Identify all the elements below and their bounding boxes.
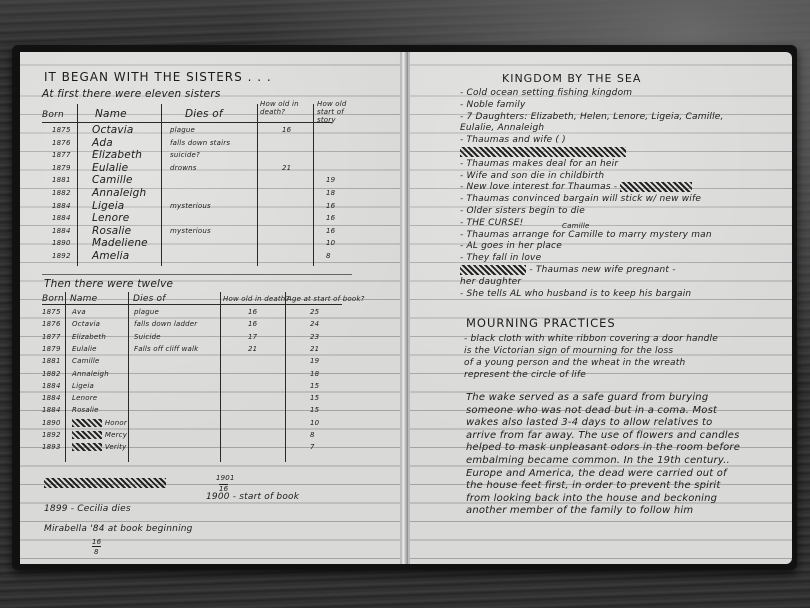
table1-age-start-cell: 10 <box>326 239 335 247</box>
table1-born-cell: 1882 <box>52 189 71 197</box>
table2-name-cell: Annaleigh <box>72 370 109 378</box>
table2-col-divider <box>128 292 129 462</box>
plot-note: - 7 Daughters: Elizabeth, Helen, Lenore,… <box>460 112 724 122</box>
table2-header-born: Born <box>42 294 64 304</box>
table2-born-cell: 1884 <box>42 382 61 390</box>
plot-note: - New love interest for Thaumas - xxxxxx… <box>460 182 692 192</box>
plot-note: - AL goes in her place <box>460 241 562 251</box>
table1-age-start-cell: 16 <box>326 214 335 222</box>
table1-name-cell: Rosalie <box>92 225 131 237</box>
table1-dies-of-cell: mysterious <box>170 202 211 210</box>
table2-born-cell: 1884 <box>42 406 61 414</box>
wake-line: Europe and America, the dead were carrie… <box>466 468 727 479</box>
table2-born-cell: 1879 <box>42 345 61 353</box>
cecilia-dies-note: 1899 - Cecilia dies <box>44 504 131 514</box>
table1-age-death-cell: 21 <box>282 164 291 172</box>
table1-col-divider <box>161 104 162 266</box>
crossed-out-note: xxxxxxxxxxxxxxxxxxxxxx <box>44 478 166 488</box>
table1-col-divider <box>257 104 258 266</box>
table1-age-start-cell: 16 <box>326 227 335 235</box>
left-page-subheading: At first there were eleven sisters <box>42 88 221 100</box>
table2-header-dies-of: Dies of <box>133 294 166 304</box>
table1-header-rule <box>42 122 332 123</box>
table2-header-name: Name <box>70 294 97 304</box>
table2-header-age-start: Age at start of book? <box>287 295 365 303</box>
plot-note: her daughter <box>460 277 521 287</box>
table2-age-start-cell: 15 <box>310 382 319 390</box>
table2-name-cell: xxxxxxx Verity <box>72 443 126 451</box>
table1-name-cell: Elizabeth <box>92 149 142 161</box>
table2-dies-of-cell: falls down ladder <box>134 320 197 328</box>
table2-age-start-cell: 8 <box>310 431 315 439</box>
table2-age-death-cell: 16 <box>248 308 257 316</box>
table2-born-cell: 1893 <box>42 443 61 451</box>
table1-name-cell: Octavia <box>92 124 134 136</box>
book-beginning-note: Mirabella '84 at book beginning <box>44 524 193 534</box>
table2-dies-of-cell: Suicide <box>134 333 161 341</box>
table1-born-cell: 1877 <box>52 151 71 159</box>
table2-header-rule <box>42 304 342 305</box>
plot-note: - They fall in love <box>460 253 541 263</box>
table2-age-start-cell: 15 <box>310 394 319 402</box>
table1-header-age-death: How old in death? <box>260 100 310 116</box>
table2-name-cell: Camille <box>72 357 100 365</box>
table1-age-start-cell: 19 <box>326 176 335 184</box>
table1-born-cell: 1890 <box>52 239 71 247</box>
table2-dies-of-cell: plague <box>134 308 159 316</box>
table2-born-cell: 1881 <box>42 357 61 365</box>
mourning-line: - black cloth with white ribbon covering… <box>464 334 718 344</box>
beginning-fraction-bottom: 8 <box>94 548 99 556</box>
table2-born-cell: 1882 <box>42 370 61 378</box>
start-of-book-note: 1900 - start of book <box>206 492 299 502</box>
wake-line: wakes also lasted 3-4 days to allow rela… <box>466 417 712 428</box>
wake-line: The wake served as a safe guard from bur… <box>466 392 708 403</box>
table1-born-cell: 1884 <box>52 227 71 235</box>
table2-age-start-cell: 18 <box>310 370 319 378</box>
table2-age-start-cell: 7 <box>310 443 315 451</box>
table2-born-cell: 1875 <box>42 308 61 316</box>
table2-born-cell: 1892 <box>42 431 61 439</box>
table2-name-cell: Lenore <box>72 394 97 402</box>
table1-col-divider <box>313 104 314 266</box>
section2-heading: Then there were twelve <box>44 278 173 290</box>
table1-born-cell: 1892 <box>52 252 71 260</box>
table2-age-death-cell: 21 <box>248 345 257 353</box>
table2-born-cell: 1884 <box>42 394 61 402</box>
table1-name-cell: Lenore <box>92 212 129 224</box>
plot-note: Eulalie, Annaleigh <box>460 123 544 133</box>
mourning-line: is the Victorian sign of mourning for th… <box>464 346 673 356</box>
table2-age-death-cell: 17 <box>248 333 257 341</box>
beginning-fraction-top: 16 <box>92 538 101 547</box>
table1-age-death-cell: 16 <box>282 126 291 134</box>
table2-col-divider <box>285 292 286 462</box>
table-surface <box>0 0 810 50</box>
table1-age-start-cell: 18 <box>326 189 335 197</box>
table2-name-cell: Octavia <box>72 320 100 328</box>
table2-born-cell: 1877 <box>42 333 61 341</box>
plot-note: xxxxxxxxxxxx - Thaumas new wife pregnant… <box>460 265 676 275</box>
plot-note: - THE CURSE! <box>460 218 523 228</box>
table1-born-cell: 1875 <box>52 126 71 134</box>
table2-name-cell: Ava <box>72 308 86 316</box>
table1-name-cell: Ligeia <box>92 200 124 212</box>
table2-dies-of-cell: Falls off cliff walk <box>134 345 198 353</box>
mourning-line: represent the circle of life <box>464 370 586 380</box>
plot-note: - She tells AL who husband is to keep hi… <box>460 289 691 299</box>
plot-note: - Thaumas arrange for Camille to marry m… <box>460 230 712 240</box>
table1-dies-of-cell: falls down stairs <box>170 139 230 147</box>
table1-name-cell: Camille <box>92 174 133 186</box>
table1-header-born: Born <box>42 110 64 120</box>
table2-name-cell: Elizabeth <box>72 333 106 341</box>
table1-dies-of-cell: plague <box>170 126 195 134</box>
table2-age-start-cell: 19 <box>310 357 319 365</box>
table1-name-cell: Madeliene <box>92 237 148 249</box>
right-page-heading: KINGDOM BY THE SEA <box>502 72 641 85</box>
wake-line: the house feet first, in order to preven… <box>466 480 721 491</box>
table2-age-start-cell: 23 <box>310 333 319 341</box>
plot-note: - Noble family <box>460 100 526 110</box>
mourning-line: of a young person and the wheat in the w… <box>464 358 685 368</box>
table2-name-cell: Ligeia <box>72 382 94 390</box>
table2-age-start-cell: 21 <box>310 345 319 353</box>
table1-name-cell: Ada <box>92 137 113 149</box>
wake-line: embalming became common. In the 19th cen… <box>466 455 730 466</box>
table1-born-cell: 1884 <box>52 202 71 210</box>
wake-line: helped to mask unpleasant odors in the r… <box>466 442 740 453</box>
table2-age-start-cell: 25 <box>310 308 319 316</box>
table1-col-divider <box>77 104 78 266</box>
plot-note-crossed: xxxxxxxxxxxxxxxxxxxxxxxxxxxxxx <box>460 147 626 157</box>
wake-line: arrive from far away. The use of flowers… <box>466 430 740 441</box>
inserted-word: Camille <box>562 222 590 230</box>
table2-age-start-cell: 15 <box>310 406 319 414</box>
table1-born-cell: 1876 <box>52 139 71 147</box>
wake-line: from looking back into the house and bec… <box>466 493 717 504</box>
table1-born-cell: 1881 <box>52 176 71 184</box>
table2-born-cell: 1890 <box>42 419 61 427</box>
table1-born-cell: 1879 <box>52 164 71 172</box>
plot-note: - Thaumas makes deal for an heir <box>460 159 618 169</box>
table2-age-death-cell: 16 <box>248 320 257 328</box>
date-fraction-top: 1901 <box>216 474 235 482</box>
plot-note: - Cold ocean setting fishing kingdom <box>460 88 632 98</box>
plot-note: - Thaumas convinced bargain will stick w… <box>460 194 701 204</box>
table1-age-start-cell: 16 <box>326 202 335 210</box>
table1-name-cell: Amelia <box>92 250 129 262</box>
table2-age-start-cell: 24 <box>310 320 319 328</box>
wake-line: someone who was not dead but in a coma. … <box>466 405 717 416</box>
table1-header-age-start: How old start of story <box>317 100 359 124</box>
table1-name-cell: Eulalie <box>92 162 128 174</box>
table1-header-dies-of: Dies of <box>185 108 223 120</box>
table2-name-cell: Eulalie <box>72 345 97 353</box>
table2-born-cell: 1876 <box>42 320 61 328</box>
plot-note: - Older sisters begin to die <box>460 206 585 216</box>
table2-col-divider <box>65 292 66 462</box>
table1-dies-of-cell: mysterious <box>170 227 211 235</box>
left-page-heading: IT BEGAN WITH THE SISTERS . . . <box>44 70 272 84</box>
table2-age-start-cell: 10 <box>310 419 319 427</box>
section-divider <box>42 274 352 275</box>
left-page: IT BEGAN WITH THE SISTERS . . . At first… <box>20 52 402 564</box>
table2-name-cell: xxxxxxx Mercy <box>72 431 127 439</box>
table2-name-cell: Rosalie <box>72 406 99 414</box>
table1-age-start-cell: 8 <box>326 252 331 260</box>
table1-dies-of-cell: drowns <box>170 164 197 172</box>
table2-name-cell: xxxxxxx Honor <box>72 419 127 427</box>
wake-line: another member of the family to follow h… <box>466 505 693 516</box>
table2-col-divider <box>220 292 221 462</box>
table1-name-cell: Annaleigh <box>92 187 146 199</box>
right-page: KINGDOM BY THE SEA - Cold ocean setting … <box>408 52 792 564</box>
table1-header-name: Name <box>95 108 127 120</box>
plot-note: - Thaumas and wife ( ) <box>460 135 566 145</box>
mourning-heading: MOURNING PRACTICES <box>466 316 616 330</box>
plot-note: - Wife and son die in childbirth <box>460 171 604 181</box>
table1-born-cell: 1884 <box>52 214 71 222</box>
table1-dies-of-cell: suicide? <box>170 151 200 159</box>
table2-header-age-death: How old in death? <box>223 295 289 303</box>
